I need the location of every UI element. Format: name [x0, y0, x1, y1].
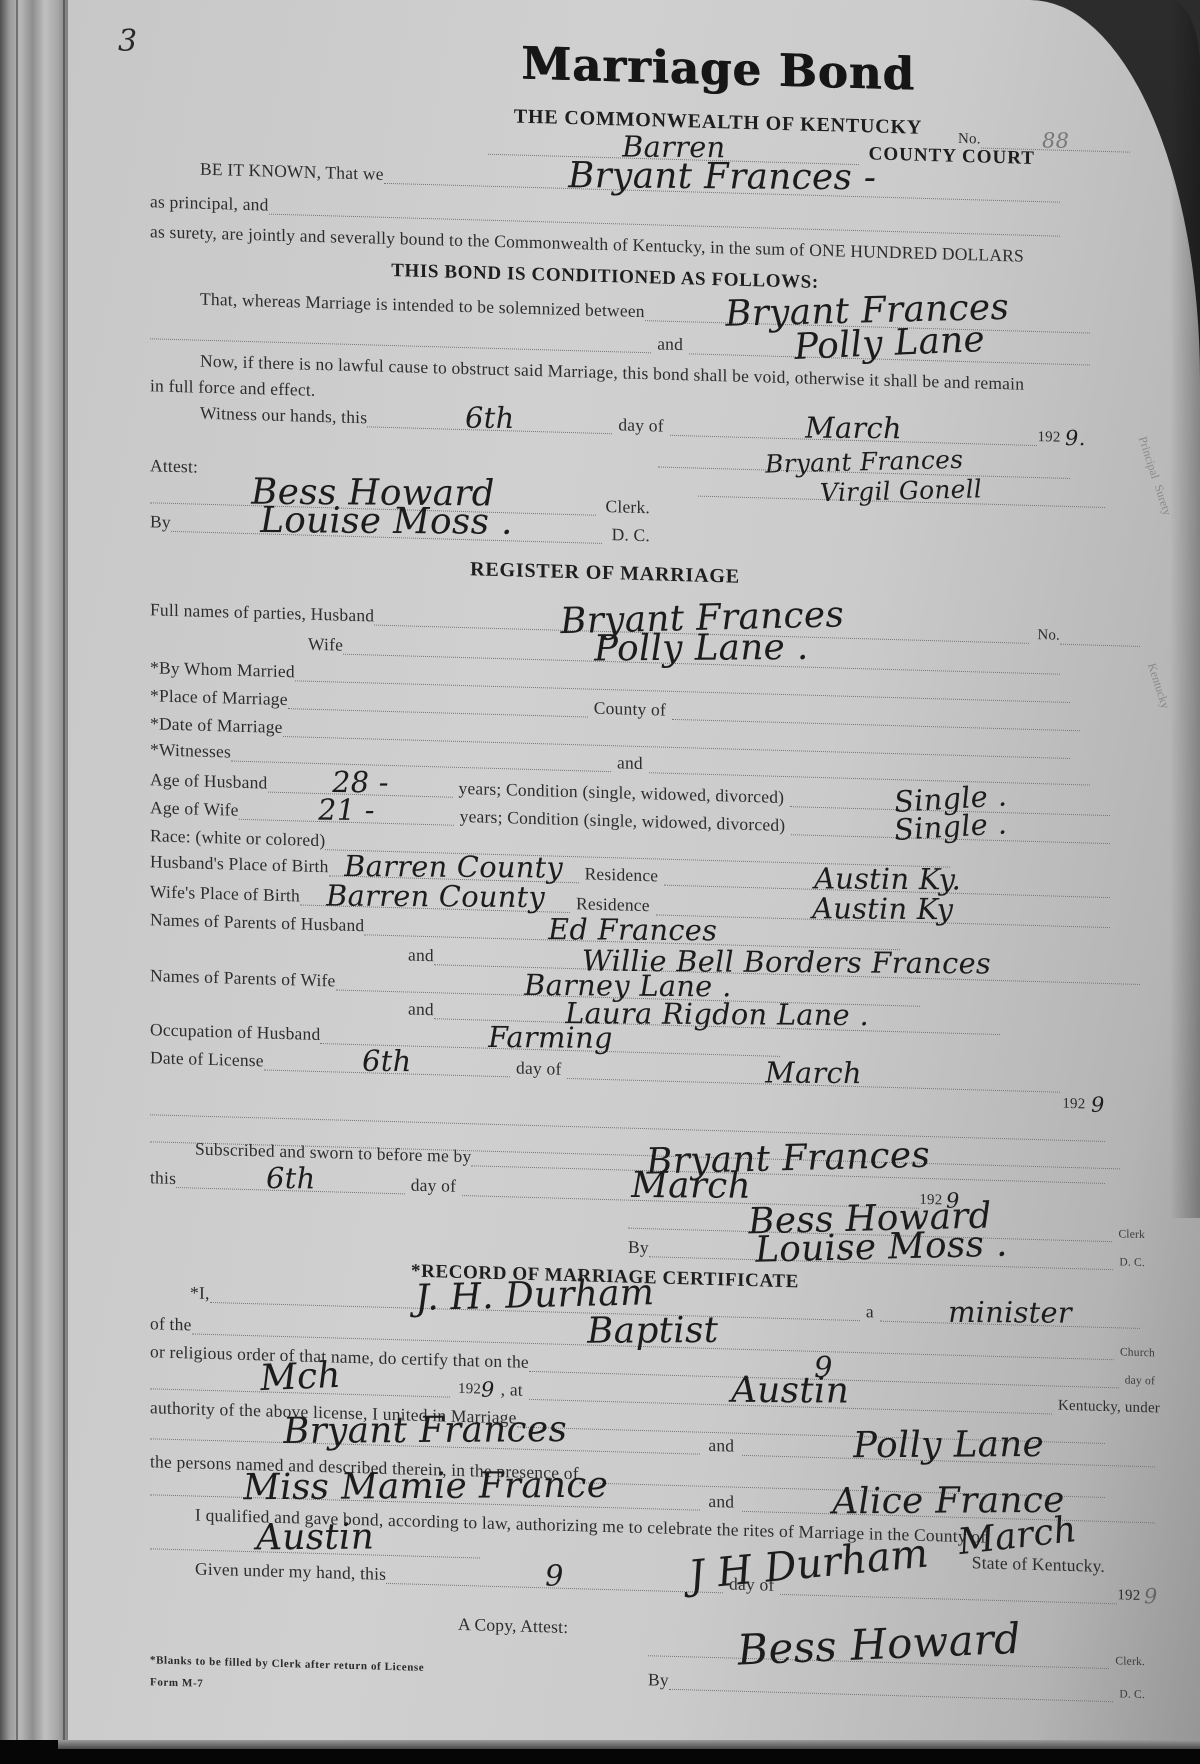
as-principal-label: as principal, and: [150, 192, 269, 215]
form-number: Form M-7: [150, 1676, 203, 1689]
sworn-day-of: day of: [411, 1175, 456, 1196]
witness-day: 6th: [465, 406, 515, 430]
witness-day-fill: 6th: [367, 400, 612, 434]
and-label: and: [657, 334, 683, 354]
cert-by-fill: [669, 1663, 1114, 1702]
cert-clerk-label: Clerk.: [1115, 1653, 1145, 1670]
condition-wife-value: Single .: [893, 812, 1007, 842]
witness-month: March: [805, 416, 902, 440]
cert-month: Mch: [259, 1362, 342, 1394]
church-label: Church: [1120, 1344, 1155, 1361]
given-month-handwriting: March: [957, 1516, 1079, 1558]
book-gutter: [0, 0, 68, 1740]
age-husband-value: 28 -: [331, 771, 388, 795]
register-clerk-label: Clerk: [1118, 1226, 1145, 1243]
surety-signature: Virgil Gonell: [820, 479, 983, 503]
parents-husband-label: Names of Parents of Husband: [150, 910, 364, 935]
county-of-label: County of: [594, 698, 666, 719]
register-dc-label: D. C.: [1119, 1254, 1145, 1271]
cert-clerk-signature: Bess Howard: [736, 1622, 1022, 1667]
a-label: a: [866, 1302, 874, 1321]
witness-label: Witness our hands, this: [150, 402, 367, 427]
license-year-value: 9: [1091, 1097, 1105, 1114]
place-label: *Place of Marriage: [150, 686, 288, 709]
license-year-printed: 192: [1062, 1095, 1085, 1114]
cert-clerk-fill: Bess Howard: [648, 1615, 1109, 1669]
principal-name: Bryant Frances -: [567, 162, 876, 193]
husband-birth-value: Barren County: [344, 855, 563, 880]
clerk-label: Clerk.: [606, 497, 650, 517]
page-sheet: 3 Marriage Bond THE COMMONWEALTH OF KENT…: [68, 0, 1200, 1764]
surety-side-label: Surety: [1150, 483, 1174, 517]
parents-wife-label: Names of Parents of Wife: [150, 966, 336, 990]
father-husband-value: Ed Frances: [547, 918, 717, 942]
cert-county: Austin: [256, 1524, 375, 1554]
wife-birth-value: Barren County: [325, 884, 544, 909]
of-the-label: of the: [150, 1314, 192, 1334]
copy-attest-label: A Copy, Attest:: [458, 1615, 568, 1637]
full-names-label: Full names of parties, Husband: [150, 600, 374, 626]
principal-side-label: Principal: [1135, 435, 1163, 481]
cert-year-printed: 192: [458, 1380, 481, 1399]
county-court-label: COUNTY COURT: [869, 144, 1035, 170]
age-wife-label: Age of Wife: [150, 798, 239, 820]
attest-label: Attest:: [150, 456, 198, 477]
mother-husband-and: and: [408, 945, 434, 965]
cert-clerk-row: Bess Howard Clerk.: [648, 1614, 1145, 1670]
register-no-label: No.: [1037, 626, 1060, 645]
principal-signature: Bryant Frances: [765, 450, 964, 475]
mother-wife-and: and: [408, 999, 434, 1019]
copy-attest-row: A Copy, Attest:: [458, 1607, 568, 1637]
cert-witness1: Miss Mamie France: [242, 1472, 608, 1503]
officiant-title: minister: [948, 1301, 1072, 1325]
document-title: Marriage Bond: [428, 34, 1008, 103]
scanned-marriage-bond-photo: 3 Marriage Bond THE COMMONWEALTH OF KENT…: [0, 0, 1200, 1764]
sworn-month: March: [630, 1172, 750, 1202]
dc-label: D. C.: [612, 525, 650, 545]
cert-place: Austin: [731, 1377, 850, 1407]
witnesses-and-label: and: [617, 753, 643, 773]
this-label: this: [150, 1168, 176, 1188]
given-year: 9: [1144, 1588, 1158, 1605]
denomination-value: Baptist: [587, 1317, 719, 1347]
page-bottom-edge: [58, 1740, 1200, 1749]
kentucky-under-label: Kentucky, under: [1058, 1397, 1160, 1418]
age-wife-value: 21 -: [318, 798, 375, 822]
register-heading: REGISTER OF MARRIAGE: [150, 544, 1060, 596]
given-label: Given under my hand, this: [150, 1558, 386, 1584]
kentucky-side-label: Kentucky: [1144, 661, 1173, 710]
husband-residence-label: Residence: [585, 864, 659, 885]
witness-year: 9.: [1064, 430, 1085, 447]
by-whom-label: *By Whom Married: [150, 658, 295, 681]
register-no-fill: [1060, 618, 1140, 647]
witness-month-fill: March: [670, 409, 1038, 446]
given-year-printed: 192: [1117, 1586, 1140, 1605]
day-of-label: day of: [618, 415, 663, 436]
handwritten-page-number: 3: [118, 23, 137, 59]
be-it-known-label: BE IT KNOWN, That we: [150, 158, 384, 184]
husband-residence-value: Austin Ky.: [813, 867, 960, 891]
cert-by-label: By: [648, 1670, 669, 1690]
wife-label: Wife: [308, 634, 343, 654]
cert-dc-label: D. C.: [1119, 1686, 1145, 1703]
document-page: 3 Marriage Bond THE COMMONWEALTH OF KENT…: [68, 0, 1200, 1740]
witnesses-label: *Witnesses: [150, 740, 231, 762]
cert-year: 9: [481, 1382, 495, 1399]
at-label: , at: [501, 1380, 523, 1400]
witness-row: Witness our hands, this 6th day of March…: [150, 394, 1085, 447]
wife-name: Polly Lane .: [594, 634, 809, 664]
by-label: By: [150, 512, 171, 532]
bride-name: Polly Lane: [793, 326, 986, 363]
title-fill: minister: [880, 1295, 1140, 1329]
i-label: *I,: [150, 1282, 210, 1303]
register-deputy-signature: Louise Moss .: [754, 1231, 1008, 1266]
attest-row: Attest:: [150, 448, 198, 476]
united-and-label: and: [708, 1436, 734, 1456]
husband-birth-label: Husband's Place of Birth: [150, 852, 329, 876]
age-husband-label: Age of Husband: [150, 770, 268, 793]
clerk-note: *Blanks to be filled by Clerk after retu…: [150, 1654, 424, 1674]
year-printed: 192: [1037, 428, 1060, 447]
occupation-value: Farming: [488, 1026, 613, 1050]
deputy-signature: Louise Moss .: [260, 507, 513, 538]
united-groom: Bryant Frances: [283, 1416, 568, 1447]
given-day: 9: [545, 1564, 564, 1587]
register-by-label: By: [628, 1237, 649, 1257]
united-bride: Polly Lane: [853, 1431, 1045, 1461]
sworn-day: 6th: [265, 1167, 315, 1191]
sworn-day-fill: 6th: [176, 1161, 405, 1194]
cert-by-row: By D. C.: [648, 1662, 1145, 1703]
cert-witnesses-and: and: [708, 1492, 734, 1512]
wife-residence-value: Austin Ky: [812, 897, 954, 921]
officiant-name: J. H. Durham: [415, 1279, 655, 1314]
no-value: 88: [1042, 133, 1069, 150]
cert-day-of-label: day of: [1125, 1372, 1155, 1389]
